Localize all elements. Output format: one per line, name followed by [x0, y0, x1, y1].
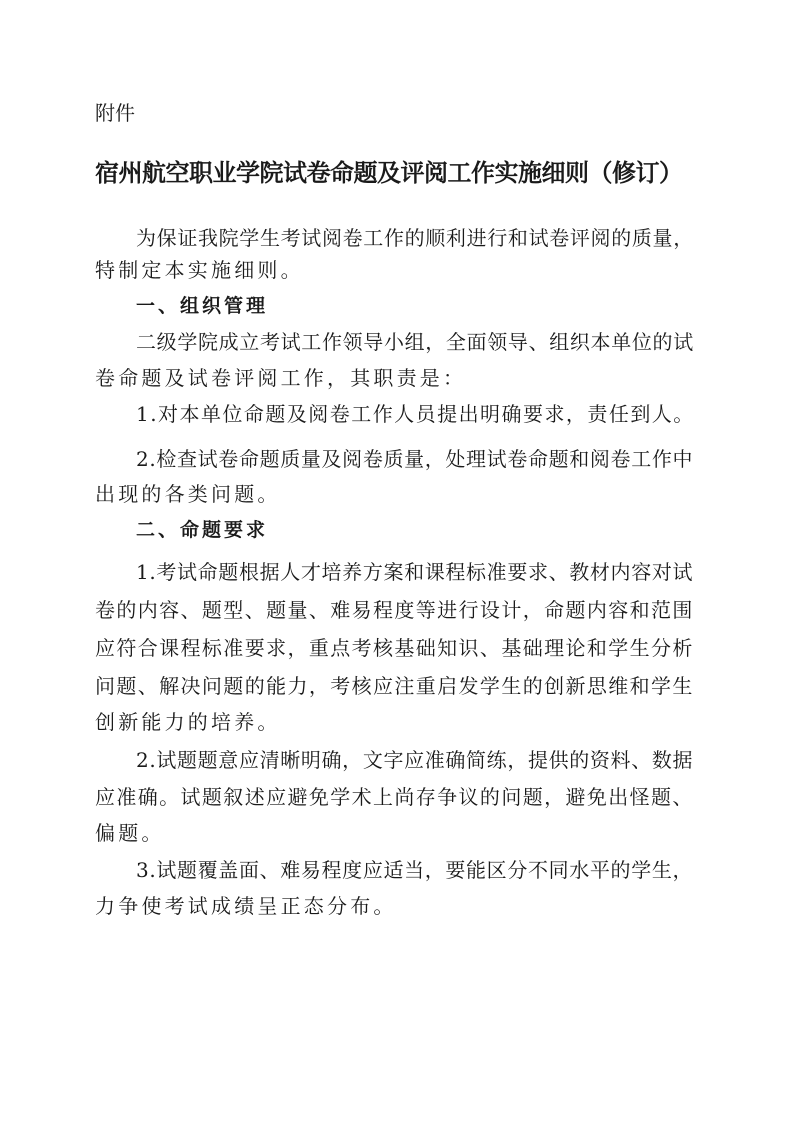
attachment-label: 附件: [95, 101, 135, 125]
paragraph-line: 为保证我院学生考试阅卷工作的顺利进行和试卷评阅的质量，: [136, 226, 694, 250]
paragraph-line: 出现的各类问题。: [95, 482, 281, 506]
paragraph-line: 应符合课程标准要求，重点考核基础知识、基础理论和学生分析: [95, 636, 694, 660]
paragraph-line: 问题、解决问题的能力，考核应注重启发学生的创新思维和学生: [95, 674, 694, 698]
document-title: 宿州航空职业学院试卷命题及评阅工作实施细则（修订）: [95, 158, 699, 188]
paragraph-line: 1.对本单位命题及阅卷工作人员提出明确要求，责任到人。: [136, 402, 695, 426]
paragraph-line: 卷命题及试卷评阅工作，其职责是：: [95, 366, 466, 390]
paragraph-line: 二级学院成立考试工作领导小组，全面领导、组织本单位的试: [136, 330, 694, 354]
section-heading: 二、命题要求: [136, 518, 268, 542]
section-heading: 一、组织管理: [136, 294, 268, 318]
paragraph-line: 2.检查试卷命题质量及阅卷质量，处理试卷命题和阅卷工作中: [136, 447, 693, 471]
paragraph-line: 2.试题题意应清晰明确，文字应准确简练，提供的资料、数据: [136, 748, 693, 772]
paragraph-line: 创新能力的培养。: [95, 710, 281, 734]
paragraph-line: 3.试题覆盖面、难易程度应适当，要能区分不同水平的学生，: [136, 858, 693, 882]
paragraph-line: 特制定本实施细则。: [95, 258, 304, 282]
paragraph-line: 卷的内容、题型、题量、难易程度等进行设计，命题内容和范围: [95, 598, 694, 622]
paragraph-line: 力争使考试成绩呈正态分布。: [95, 894, 397, 918]
paragraph-line: 应准确。试题叙述应避免学术上尚存争议的问题，避免出怪题、: [95, 785, 694, 809]
paragraph-line: 偏题。: [95, 821, 165, 845]
paragraph-line: 1.考试命题根据人才培养方案和课程标准要求、教材内容对试: [136, 560, 693, 584]
